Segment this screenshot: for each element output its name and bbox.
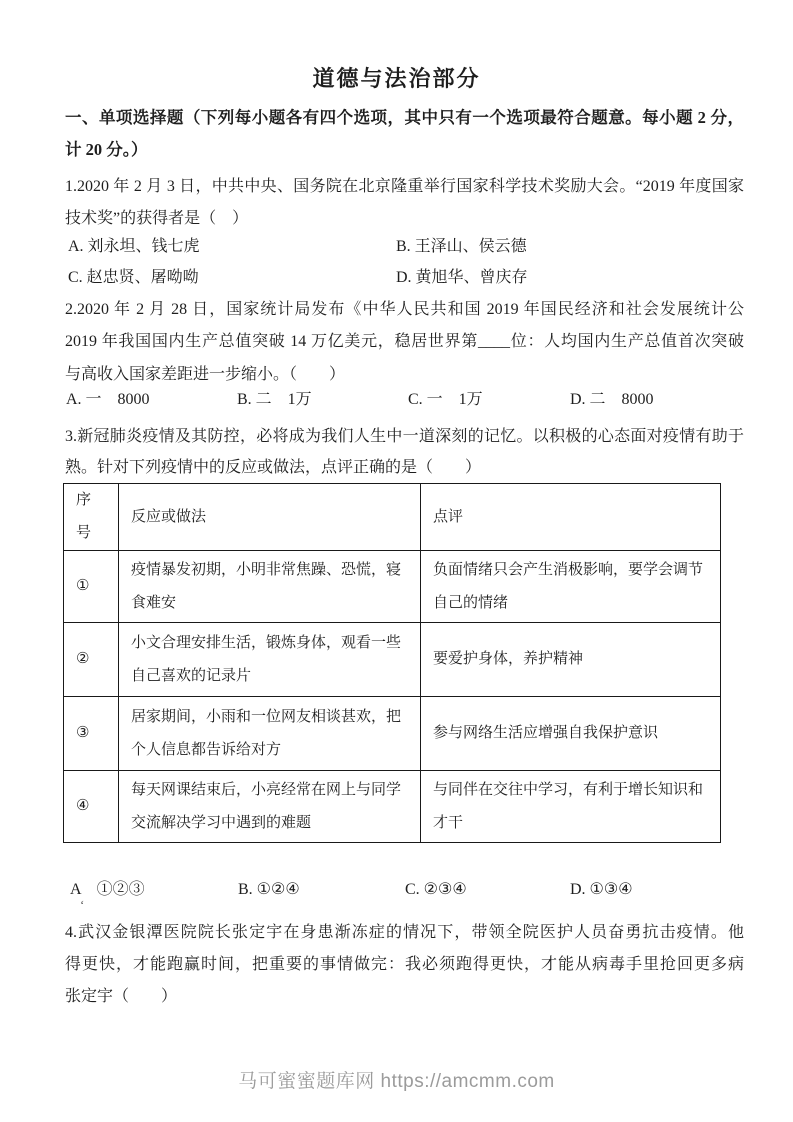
- question-3-line-2: 熟。针对下列疫情中的反应或做法，点评正确的是（ ）: [65, 455, 744, 481]
- table-header-no: 序号: [64, 484, 119, 551]
- question-2-line-3: 与高收入国家差距进一步缩小。（ ）: [65, 362, 744, 388]
- question-1-line-1: 1.2020 年 2 月 3 日，中共中央、国务院在北京隆重举行国家科学技术奖励…: [65, 174, 744, 200]
- row-1-no: ①: [64, 551, 119, 623]
- q1-option-d: D. 黄旭华、曾庆存: [396, 265, 528, 291]
- row-3-no: ③: [64, 697, 119, 771]
- table-header-comment: 点评: [421, 484, 721, 551]
- row-2-action: 小文合理安排生活，锻炼身体，观看一些自己喜欢的记录片: [119, 623, 421, 697]
- question-2-options-row: A. 一 8000 B. 二 1万 C. 一 1万 D. 二 8000: [0, 387, 793, 413]
- row-4-action: 每天网课结束后，小亮经常在网上与同学交流解决学习中遇到的难题: [119, 771, 421, 843]
- row-2-no: ②: [64, 623, 119, 697]
- question-2-line-1: 2.2020 年 2 月 28 日，国家统计局发布《中华人民共和国 2019 年…: [65, 297, 744, 323]
- q1-option-b: B. 王泽山、侯云德: [396, 234, 527, 260]
- q3-table: 序号 反应或做法 点评 ① 疫情暴发初期，小明非常焦躁、恐慌，寝食难安 负面情绪…: [63, 483, 721, 843]
- q1-option-c: C. 赵忠贤、屠呦呦: [68, 265, 199, 291]
- row-4-comment: 与同伴在交往中学习，有利于增长知识和才干: [421, 771, 721, 843]
- table-header-row: 序号 反应或做法 点评: [64, 484, 721, 551]
- row-3-action: 居家期间，小雨和一位网友相谈甚欢，把个人信息都告诉给对方: [119, 697, 421, 771]
- table-row: ① 疫情暴发初期，小明非常焦躁、恐慌，寝食难安 负面情绪只会产生消极影响，要学会…: [64, 551, 721, 623]
- q3-option-d: D. ①③④: [570, 877, 633, 903]
- q2-option-b: B. 二 1万: [237, 387, 312, 413]
- section-heading-line-2: 计 20 分。）: [65, 137, 744, 163]
- row-1-comment: 负面情绪只会产生消极影响，要学会调节自己的情绪: [421, 551, 721, 623]
- question-4-line-3: 张定宇（ ）: [65, 984, 744, 1010]
- table-row: ② 小文合理安排生活，锻炼身体，观看一些自己喜欢的记录片 要爱护身体，养护精神: [64, 623, 721, 697]
- section-heading-line-1: 一、单项选择题（下列每小题各有四个选项，其中只有一个选项最符合题意。每小题 2 …: [65, 105, 744, 131]
- table-header-action: 反应或做法: [119, 484, 421, 551]
- question-1-options-row-1: A. 刘永坦、钱七虎 B. 王泽山、侯云德: [0, 234, 793, 260]
- watermark-site-link: 马可蜜蜜题库网 https://amcmm.com: [0, 1066, 793, 1090]
- question-4-line-2: 得更快，才能跑赢时间，把重要的事情做完：我必须跑得更快，才能从病毒手里抢回更多病…: [65, 952, 744, 978]
- q2-option-d: D. 二 8000: [570, 387, 654, 413]
- page-title: 道德与法治部分: [0, 62, 793, 92]
- question-1-options-row-2: C. 赵忠贤、屠呦呦 D. 黄旭华、曾庆存: [0, 265, 793, 291]
- row-1-action: 疫情暴发初期，小明非常焦躁、恐慌，寝食难安: [119, 551, 421, 623]
- question-3-options-row: A ①②③ B. ①②④ C. ②③④ D. ①③④: [0, 877, 793, 903]
- row-2-comment: 要爱护身体，养护精神: [421, 623, 721, 697]
- row-3-comment: 参与网络生活应增强自我保护意识: [421, 697, 721, 771]
- row-4-no: ④: [64, 771, 119, 843]
- question-1-line-2: 技术奖”的获得者是（ ）: [65, 206, 744, 232]
- question-2-line-2: 2019 年我国国内生产总值突破 14 万亿美元，稳居世界第____位：人均国内…: [65, 329, 744, 355]
- q3-option-b: B. ①②④: [238, 877, 300, 903]
- q1-option-a: A. 刘永坦、钱七虎: [68, 234, 200, 260]
- table-row: ③ 居家期间，小雨和一位网友相谈甚欢，把个人信息都告诉给对方 参与网络生活应增强…: [64, 697, 721, 771]
- table-row: ④ 每天网课结束后，小亮经常在网上与同学交流解决学习中遇到的难题 与同伴在交往中…: [64, 771, 721, 843]
- q2-option-c: C. 一 1万: [408, 387, 483, 413]
- q2-option-a: A. 一 8000: [66, 387, 150, 413]
- q3-option-c: C. ②③④: [405, 877, 467, 903]
- question-3-line-1: 3.新冠肺炎疫情及其防控，必将成为我们人生中一道深刻的记忆。以积极的心态面对疫情…: [65, 424, 744, 450]
- stray-mark: ʻ: [80, 897, 84, 913]
- question-4-line-1: 4.武汉金银潭医院院长张定宇在身患渐冻症的情况下，带领全院医护人员奋勇抗击疫情。…: [65, 920, 744, 946]
